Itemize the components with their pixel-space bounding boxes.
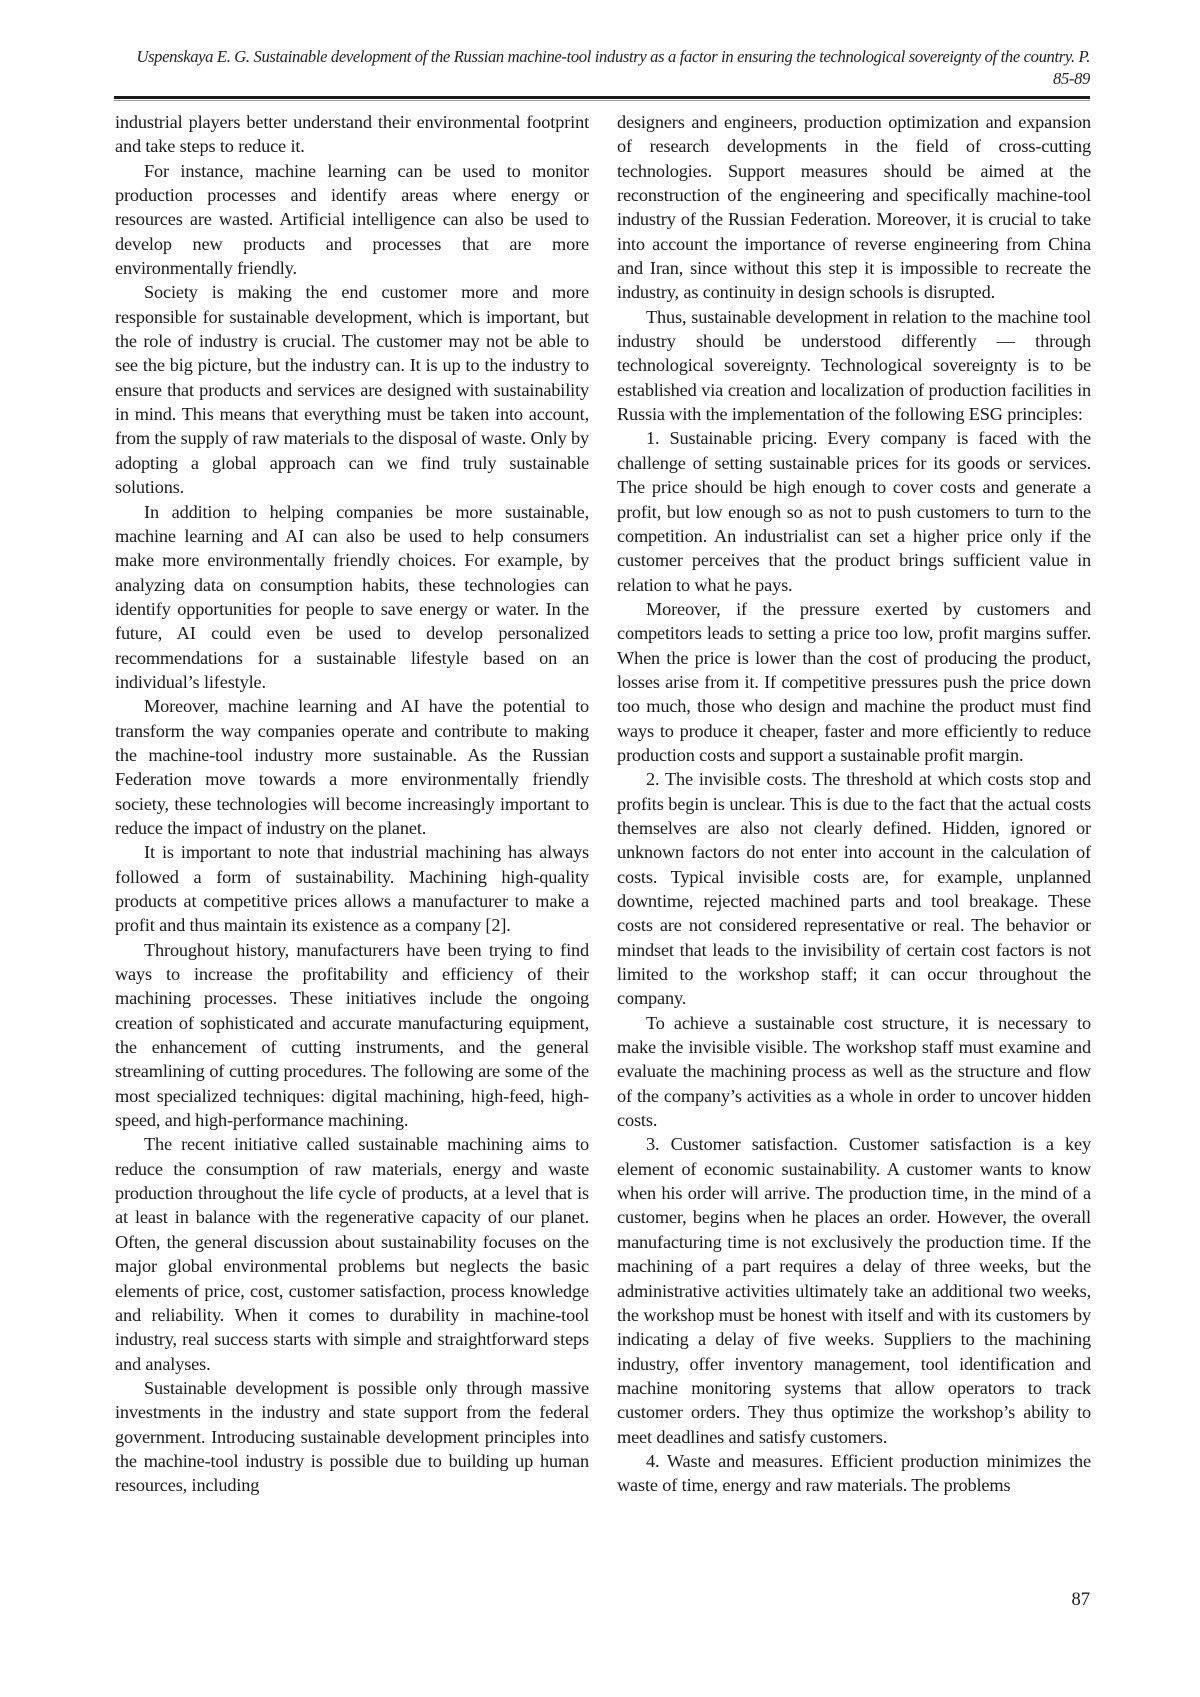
paragraph: Sustainable development is possible only… [115, 1376, 589, 1498]
paragraph: The recent initiative called sustainable… [115, 1132, 589, 1375]
header-rule [114, 96, 1090, 99]
right-column: designers and engineers, production opti… [617, 110, 1091, 1498]
paragraph: industrial players better understand the… [115, 110, 589, 159]
paragraph: For instance, machine learning can be us… [115, 159, 589, 281]
paragraph: Society is making the end customer more … [115, 280, 589, 499]
paragraph: 2. The invisible costs. The threshold at… [617, 767, 1091, 1010]
paragraph: Moreover, if the pressure exerted by cus… [617, 597, 1091, 767]
running-header: Uspenskaya E. G. Sustainable development… [114, 46, 1090, 90]
page-number: 87 [1040, 1588, 1090, 1612]
paragraph: It is important to note that industrial … [115, 840, 589, 937]
paragraph: designers and engineers, production opti… [617, 110, 1091, 305]
paragraph: To achieve a sustainable cost structure,… [617, 1011, 1091, 1133]
paragraph: Moreover, machine learning and AI have t… [115, 694, 589, 840]
paragraph: 4. Waste and measures. Efficient product… [617, 1449, 1091, 1498]
paragraph: Throughout history, manufacturers have b… [115, 938, 589, 1133]
paragraph: 1. Sustainable pricing. Every company is… [617, 426, 1091, 596]
left-column: industrial players better understand the… [115, 110, 589, 1498]
paragraph: In addition to helping companies be more… [115, 500, 589, 695]
paragraph: Thus, sustainable development in relatio… [617, 305, 1091, 427]
paragraph: 3. Customer satisfaction. Customer satis… [617, 1132, 1091, 1448]
